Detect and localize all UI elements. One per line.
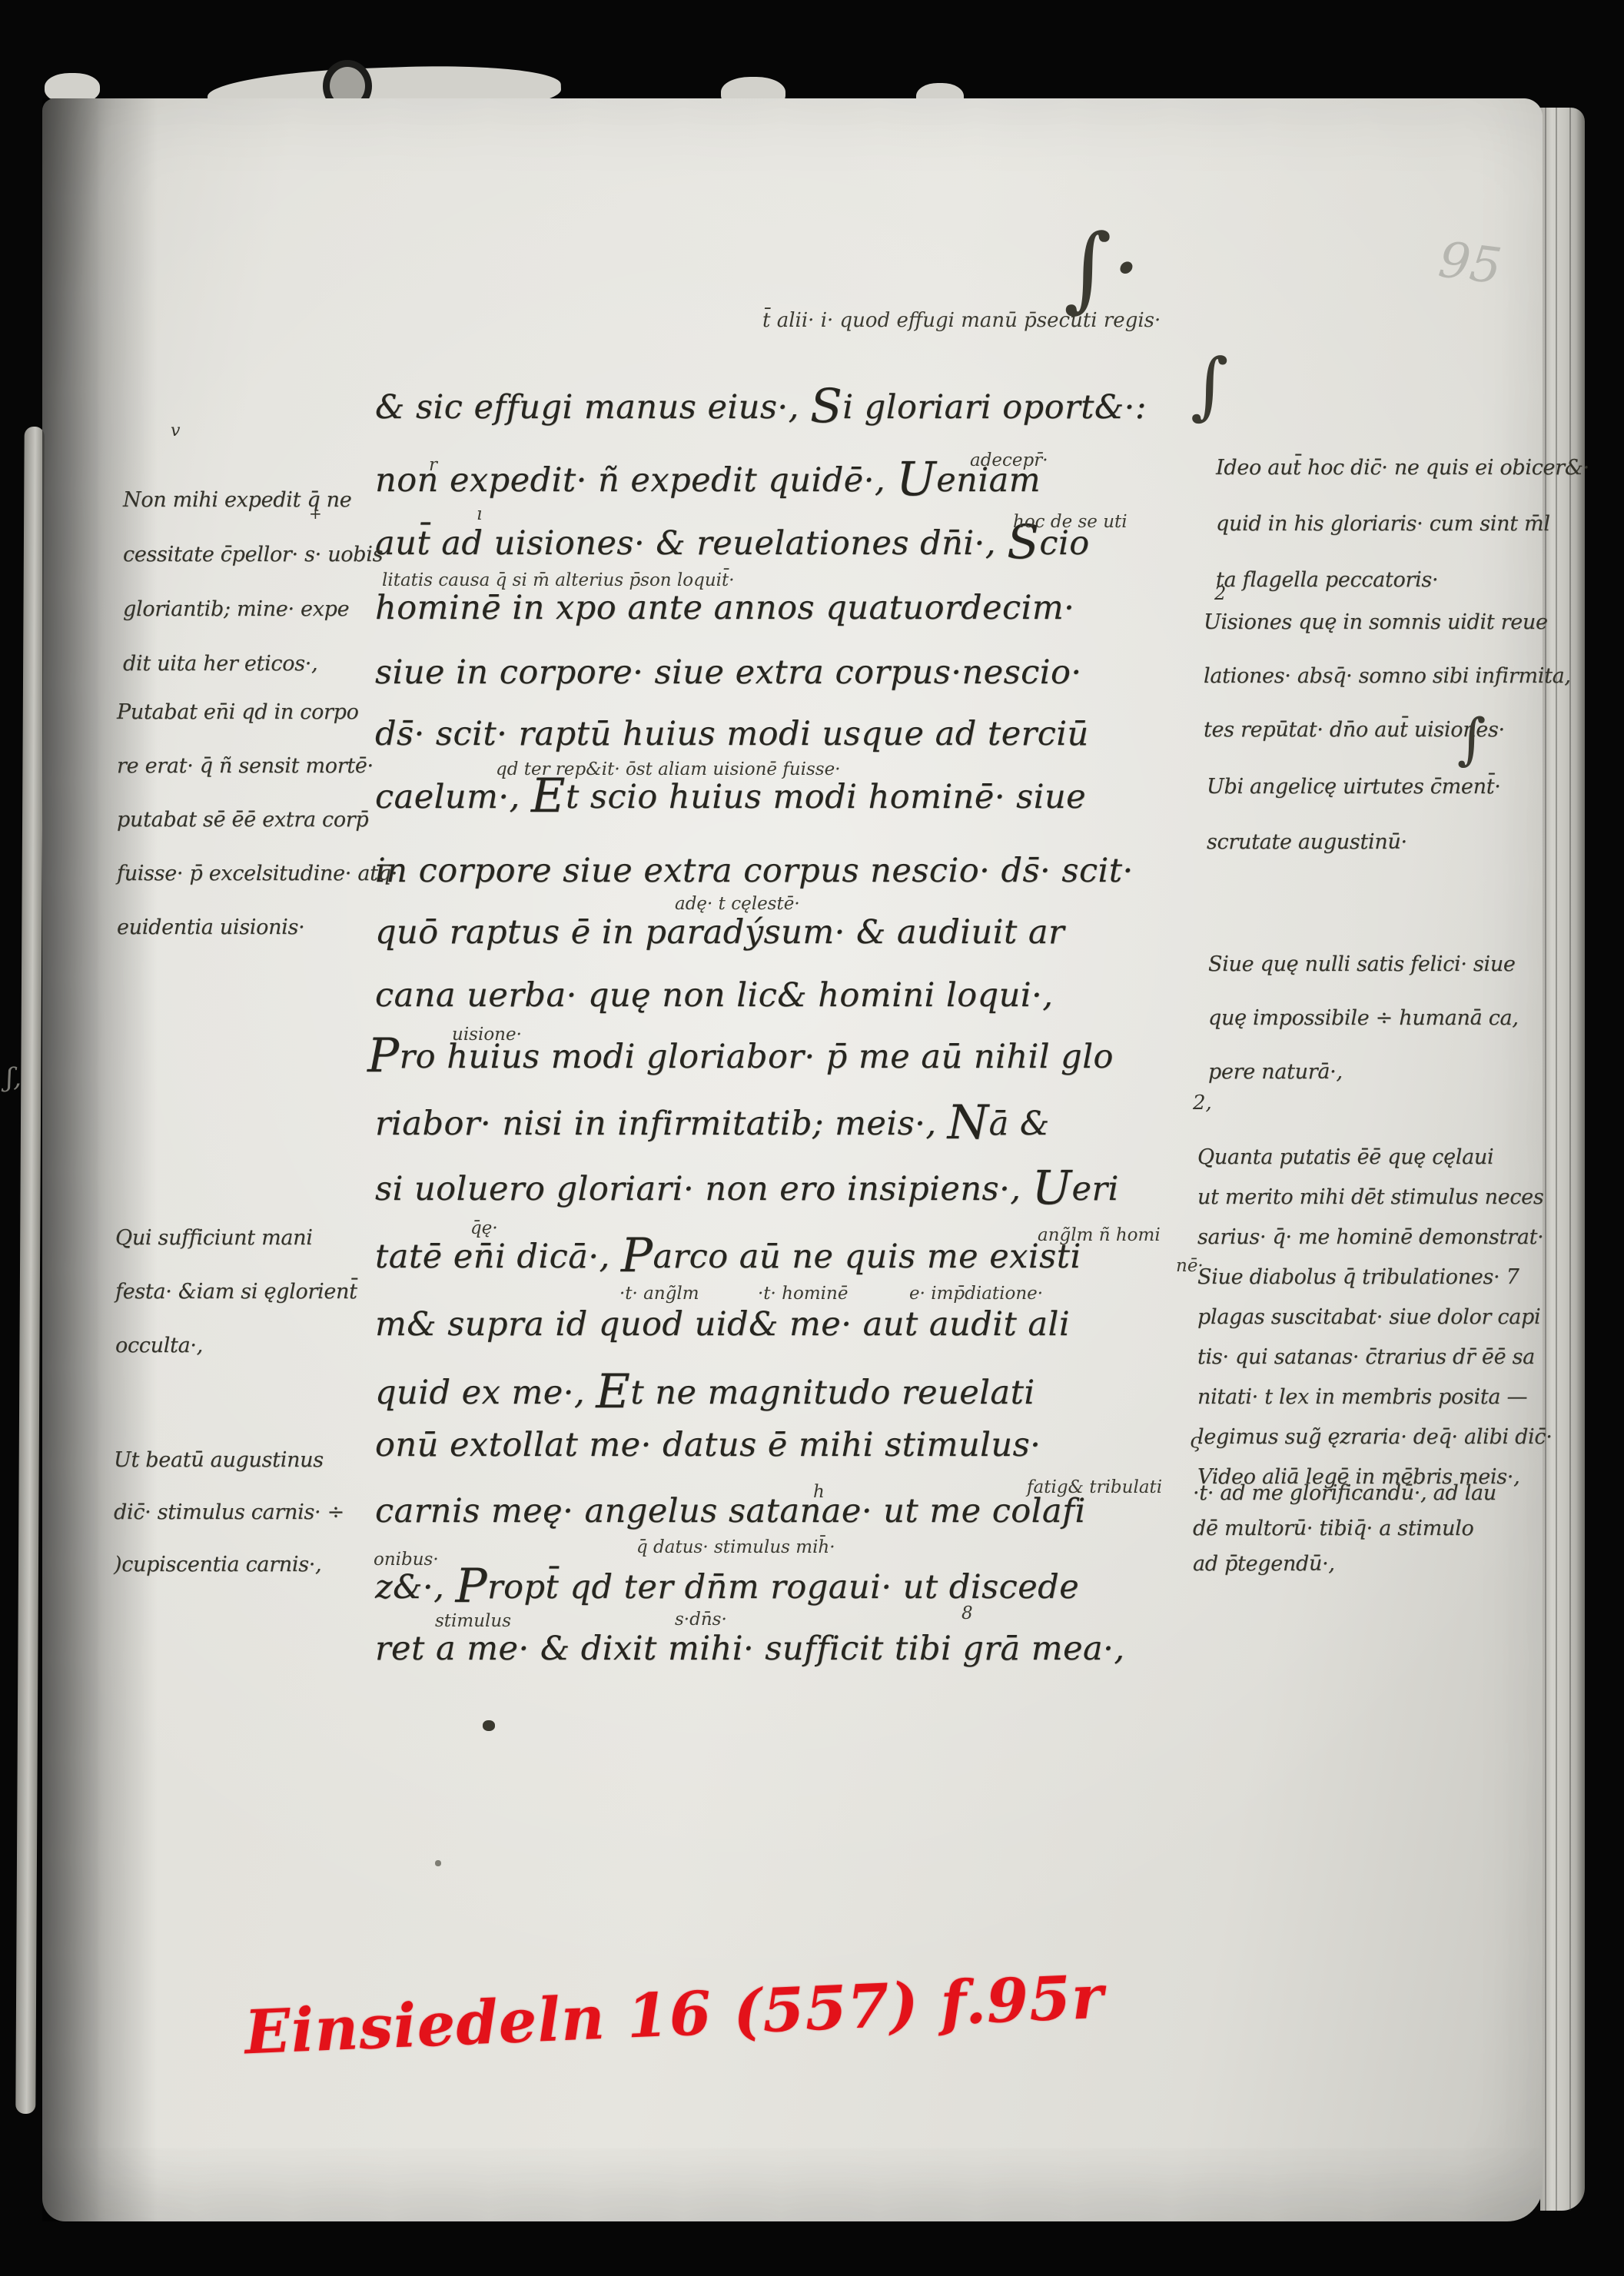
folio-number: 95	[1436, 231, 1505, 295]
underlying-leaf-edge	[15, 427, 44, 2114]
margin-sigma-mark: ς	[1190, 1431, 1201, 1451]
margin-gloss-line: festa· &iam si ęglorient̄	[115, 1265, 357, 1319]
margin-gloss-line: Quanta putatis ēē quę cęlaui	[1197, 1138, 1553, 1178]
right-margin-gloss-block: Siue quę nulli satis felici· siue quę im…	[1208, 938, 1519, 1099]
gloss-flourish: ∫	[1191, 350, 1229, 423]
header-bracket-flourish: ∫·	[1064, 223, 1141, 315]
page-edge-line	[1569, 108, 1571, 2211]
margin-gloss-line: tes repūtat· dn̄o aut̄ uisiones·	[1204, 703, 1571, 757]
main-text-line: & sic effugi manus eius·, Si gloriari op…	[375, 388, 1147, 426]
margin-gloss-line: Qui sufficiunt mani	[115, 1211, 357, 1265]
ink-blot	[483, 1720, 495, 1731]
interlinear-gloss: adę· t cęlestē·	[675, 894, 800, 914]
margin-gloss-line: scrutate augustinū·	[1207, 815, 1501, 870]
interlinear-gloss: stimulus	[435, 1611, 511, 1631]
main-text-line: onū extollat me· datus ē mihi stimulus·	[375, 1427, 1041, 1464]
margin-gloss-line: pere naturā·,	[1208, 1045, 1519, 1099]
main-text-line: aut̄ ad uisiones· & reuelationes dn̄i·, …	[375, 524, 1090, 562]
main-text-line: cana uerba· quę non lic& homini loqui·,	[375, 978, 1053, 1014]
interlinear-gloss: ı	[477, 504, 482, 524]
left-margin-gloss-block: Qui sufficiunt mani festa· &iam si ęglor…	[115, 1211, 357, 1373]
margin-gloss-line: sarius· q̄· me hominē demonstrat·	[1197, 1218, 1553, 1258]
left-margin-gloss-block: Non mihi expedit q̄ ne cessitate c̄pello…	[123, 473, 383, 691]
right-margin-gloss-block: Ideo aut̄ hoc dic̄· ne quis ei obicer&· …	[1216, 440, 1589, 608]
margin-gloss-line: re erat· q̄ ñ sensit mortē·	[117, 739, 397, 793]
margin-gloss-line: lationes· absq̄· somno sibi infirmita,	[1204, 650, 1571, 703]
interlinear-gloss: h	[813, 1482, 825, 1502]
interlinear-gloss: 8	[961, 1603, 973, 1623]
interlinear-gloss: ·t· hominē	[758, 1284, 848, 1304]
main-text-line: tatē en̄i dicā·, Parco aū ne quis me exi…	[375, 1238, 1081, 1275]
interlinear-gloss: uisione·	[452, 1025, 522, 1045]
left-margin-gloss-block: Ut beatū augustinus dic̄· stimulus carni…	[114, 1434, 344, 1591]
margin-check-mark: v	[171, 423, 180, 440]
margin-gloss-line: Uisiones quę in somnis uidit reue	[1204, 596, 1571, 650]
main-text-line: m& supra id quod uid& me· aut audit ali	[375, 1307, 1070, 1343]
margin-gloss-line: gloriantib; mine· expe	[123, 582, 383, 636]
main-text-line: hominē in xpo ante annos quatuordecim·	[375, 590, 1074, 626]
margin-gloss-line: Siue quę nulli satis felici· siue	[1208, 938, 1519, 992]
right-margin-gloss-block: Quanta putatis ēē quę cęlaui ut merito m…	[1197, 1138, 1553, 1497]
margin-gloss-line: Ut beatū augustinus	[114, 1434, 344, 1487]
main-text-line: ret a me· & dixit mihi· sufficit tibi gr…	[375, 1631, 1124, 1667]
ink-speck	[435, 1860, 441, 1866]
main-text-line: ds̄· scit· raptū huius modi usque ad ter…	[375, 716, 1089, 753]
margin-gloss-line: quid in his gloriaris· cum sint m̄l	[1216, 496, 1589, 552]
interlinear-gloss: hoc de se uti	[1013, 512, 1128, 532]
page-edge-line	[1556, 108, 1557, 2211]
interlinear-gloss: ang̃lm ñ homi	[1038, 1225, 1161, 1245]
margin-gloss-line: )cupiscentia carnis·,	[114, 1539, 344, 1591]
margin-gloss-line: nitati· t lex in membris posita —	[1197, 1377, 1553, 1417]
margin-gloss-line: dē multorū· tibiq̄· a stimulo	[1193, 1511, 1496, 1547]
margin-gloss-line: Siue diabolus q̄ tribulationes· 7	[1197, 1258, 1553, 1297]
interlinear-gloss: adecepr̄·	[970, 450, 1048, 470]
main-text-line: riabor· nisi in infirmitatib; meis·, Nā …	[375, 1105, 1050, 1142]
main-text-line: non expedit· ñ expedit quidē·, Ueniam	[375, 461, 1041, 499]
margin-gloss-line: ·t· ad me glorificandū·, ad lau	[1193, 1476, 1496, 1511]
margin-gloss-line: ad p̄tegendū·,	[1193, 1547, 1496, 1582]
margin-gloss-line: occulta·,	[115, 1319, 357, 1373]
interlinear-gloss: s·dn̄s·	[675, 1610, 727, 1630]
main-text-line: siue in corpore· siue extra corpus·nesci…	[375, 655, 1082, 691]
left-margin-gloss-block: Putabat en̄i qd in corpo re erat· q̄ ñ s…	[117, 686, 397, 955]
manuscript-photo: 95 t̄ alii· i· quod effugi manū p̄secuti…	[0, 0, 1624, 2276]
margin-plus-mark: +	[309, 506, 322, 521]
right-margin-gloss-block: ·t· ad me glorificandū·, ad lau dē multo…	[1193, 1476, 1496, 1582]
gloss-flourish: ∫	[1457, 711, 1486, 766]
interlinear-gloss: q̄ datus· stimulus mih̄·	[636, 1537, 835, 1557]
main-text-line: quid ex me·, Et ne magnitudo reuelati	[375, 1374, 1035, 1411]
margin-gloss-line: fuisse· p̄ excelsitudine· atq̄·	[117, 847, 397, 901]
main-text-line: in corpore siue extra corpus nescio· ds̄…	[375, 853, 1134, 889]
right-margin-gloss-block: Uisiones quę in somnis uidit reue lation…	[1204, 596, 1571, 757]
interlinear-gloss: r	[429, 455, 437, 475]
margin-gloss-line: putabat sē ēē extra corp̄	[117, 793, 397, 847]
margin-gloss-line: Non mihi expedit q̄ ne	[123, 473, 383, 527]
right-margin-gloss-block: Ubi angelicę uirtutes c̄ment̄· scrutate …	[1207, 759, 1501, 870]
spine-shadow	[42, 98, 158, 2221]
margin-gloss-line: euidentia uisionis·	[117, 901, 397, 955]
interlinear-gloss: onibus·	[374, 1550, 439, 1570]
interlinear-gloss: qd ter rep&it· ōst aliam uisionē fuisse·	[496, 759, 841, 779]
margin-gloss-line: cessitate c̄pellor· s· uobis	[123, 527, 383, 582]
interlinear-gloss: litatis causa q̄ si m̄ alterius p̄son lo…	[382, 570, 735, 590]
margin-number-mark: 2	[1214, 584, 1226, 603]
interlinear-gloss: fatig& tribulati	[1027, 1477, 1162, 1497]
book-edge-mark: ʃ,	[6, 1065, 22, 1091]
margin-gloss-line: Ideo aut̄ hoc dic̄· ne quis ei obicer&·	[1216, 440, 1589, 496]
main-text-line: carnis meę· angelus satanae· ut me colaf…	[375, 1494, 1086, 1530]
margin-gloss-line: dit uita her eticos·,	[123, 636, 383, 691]
main-text-line: quō raptus ē in paradýsum· & audiuit ar	[375, 915, 1064, 951]
margin-gloss-line: Putabat en̄i qd in corpo	[117, 686, 397, 739]
margin-gloss-line: legimus sug̃ ęzraria· deq̄· alibi dic̄·	[1197, 1417, 1553, 1457]
margin-gloss-line: ut merito mihi dēt stimulus neces	[1197, 1178, 1553, 1218]
margin-squiggle-mark: 2,	[1193, 1093, 1212, 1113]
interlinear-gloss: ·t· ang̃lm	[619, 1284, 699, 1304]
margin-gloss-line: plagas suscitabat· siue dolor capi	[1197, 1297, 1553, 1337]
interlinear-gloss: q̄ę·	[470, 1218, 498, 1238]
main-text-line: z&·, Propt̄ qd ter dn̄m rogaui· ut disce…	[375, 1568, 1079, 1606]
margin-gloss-line: tis· qui satanas· c̄trarius dr̄ ēē sa	[1197, 1337, 1553, 1377]
main-text-line: caelum·, Et scio huius modi hominē· siue	[375, 778, 1086, 816]
interlinear-gloss: e· imp̄diatione·	[909, 1284, 1043, 1304]
margin-gloss-line: quę impossibile ÷ humanā ca,	[1208, 992, 1519, 1045]
main-text-line: si uoluero gloriari· non ero insipiens·,…	[375, 1170, 1119, 1208]
margin-gloss-line: dic̄· stimulus carnis· ÷	[114, 1487, 344, 1539]
